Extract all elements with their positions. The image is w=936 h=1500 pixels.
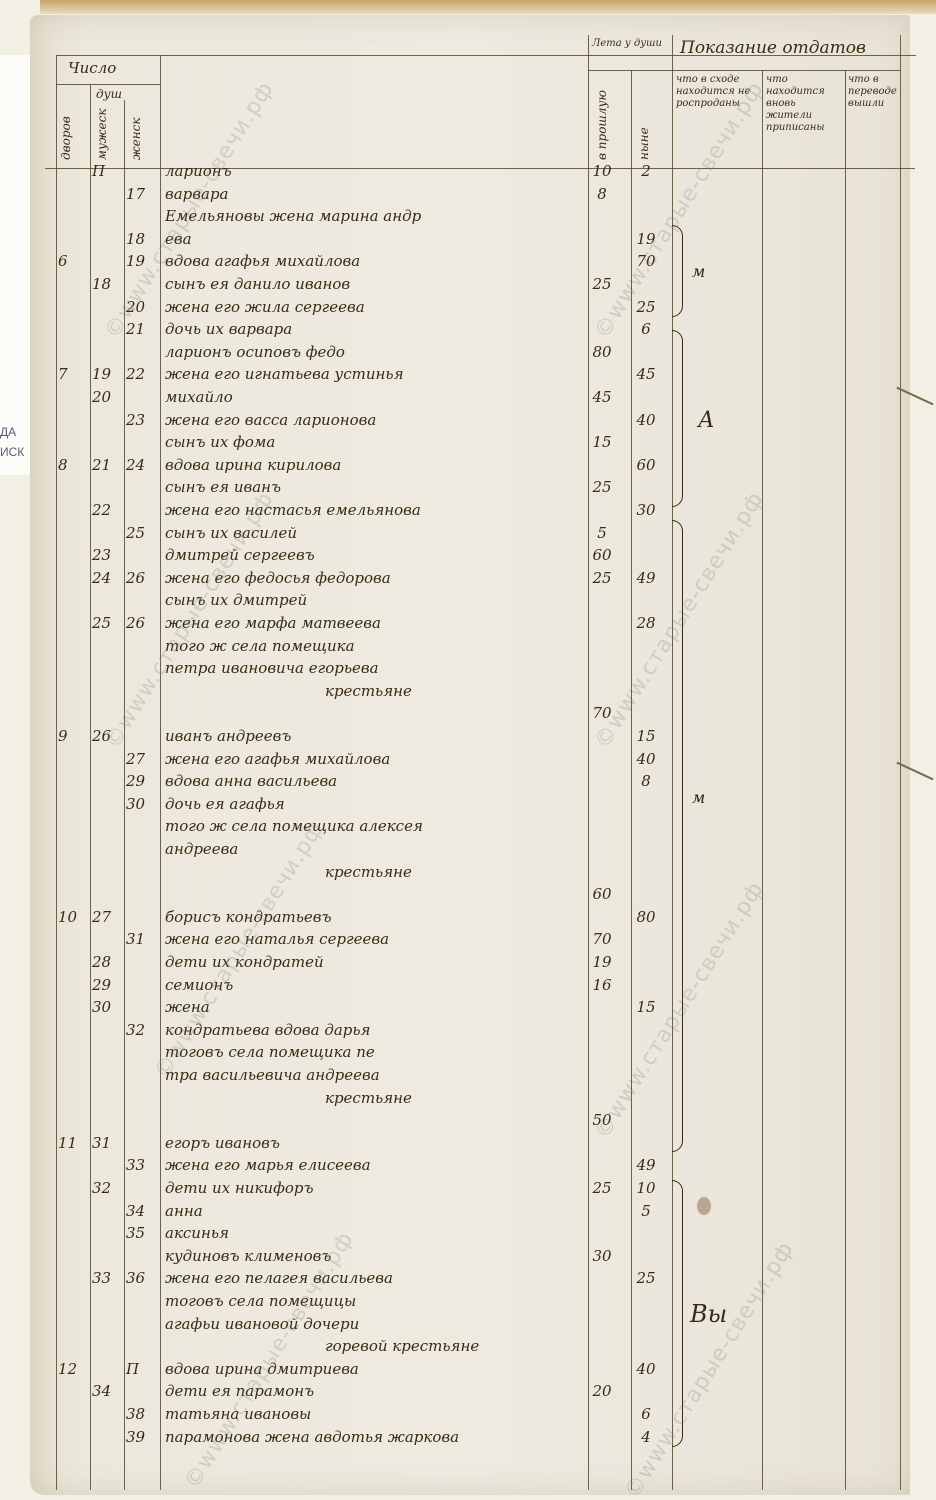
person-entry: анна (165, 1200, 585, 1222)
age-current: 49 (624, 567, 668, 589)
person-entry: вдова ирина кирилова (165, 454, 585, 476)
female-number: 36 (126, 1267, 162, 1289)
person-entry: борисъ кондратьевъ (165, 906, 585, 928)
table-row: 2526жена его марфа матвеева28 (0, 612, 936, 636)
female-number: 26 (126, 612, 162, 634)
margin-note: Вы (690, 1300, 727, 1328)
female-number: 24 (126, 454, 162, 476)
table-row: того ж села помещика (0, 635, 936, 659)
male-number: 19 (92, 363, 124, 385)
table-row: 27жена его агафья михайлова40 (0, 748, 936, 772)
table-row: 32кондратьева вдова дарья (0, 1019, 936, 1043)
female-number: 39 (126, 1426, 162, 1448)
table-row: тоговъ села помещика пе (0, 1041, 936, 1065)
person-entry: жена его настасья емельянова (165, 499, 585, 521)
table-row: ларионъ осиповъ федо80 (0, 341, 936, 365)
person-entry: жена его пелагея васильева (165, 1267, 585, 1289)
age-previous: 20 (582, 1380, 622, 1402)
female-number: 20 (126, 296, 162, 318)
person-entry: ларионъ (165, 160, 585, 182)
person-entry: егоръ ивановъ (165, 1132, 585, 1154)
age-previous: 30 (582, 1245, 622, 1267)
person-entry: жена его жила сергеева (165, 296, 585, 318)
person-entry: дети их кондратей (165, 951, 585, 973)
male-number: 29 (92, 974, 124, 996)
female-number: 22 (126, 363, 162, 385)
household-number: 6 (58, 250, 88, 272)
table-row: 31жена его наталья сергеева70 (0, 928, 936, 952)
age-previous: 25 (582, 273, 622, 295)
male-number: 18 (92, 273, 124, 295)
age-previous: 70 (582, 928, 622, 950)
person-entry: вдова анна васильева (165, 770, 585, 792)
male-number: 20 (92, 386, 124, 408)
table-row: 50 (0, 1109, 936, 1133)
age-previous: 19 (582, 951, 622, 973)
person-entry: жена его федосья федорова (165, 567, 585, 589)
table-row: кудиновъ клименовъ30 (0, 1245, 936, 1269)
female-number: 29 (126, 770, 162, 792)
age-current: 40 (624, 1358, 668, 1380)
female-number: 31 (126, 928, 162, 950)
age-previous: 70 (582, 702, 622, 724)
table-row: 70 (0, 702, 936, 726)
age-current: 10 (624, 1177, 668, 1199)
female-number: 23 (126, 409, 162, 431)
male-number: 21 (92, 454, 124, 476)
male-number: 31 (92, 1132, 124, 1154)
person-entry: жена (165, 996, 585, 1018)
age-current: 80 (624, 906, 668, 928)
person-entry: крестьяне (165, 861, 745, 883)
section-heading-row: горевой крестьяне (0, 1335, 936, 1359)
female-number: 26 (126, 567, 162, 589)
section-heading-row: крестьяне (0, 861, 936, 885)
person-entry: жена его марфа матвеева (165, 612, 585, 634)
age-previous: 45 (582, 386, 622, 408)
person-entry: дочь ея агафья (165, 793, 585, 815)
female-number: 18 (126, 228, 162, 250)
margin-note: А (698, 408, 715, 433)
header-households: дворов (60, 116, 73, 160)
age-current: 40 (624, 748, 668, 770)
person-entry: сынъ ея иванъ (165, 476, 585, 498)
age-current: 5 (624, 1200, 668, 1222)
header-age-group: Лета у души (592, 38, 670, 49)
header-number-group: Число (68, 62, 116, 75)
header-female: женск (130, 117, 143, 160)
header-age-now: ныне (638, 127, 651, 160)
age-current: 30 (624, 499, 668, 521)
brace (672, 520, 683, 1152)
table-row: 38татьяна ивановы6 (0, 1403, 936, 1427)
age-current: 28 (624, 612, 668, 634)
female-number: 21 (126, 318, 162, 340)
table-row: 29семионъ16 (0, 974, 936, 998)
person-entry: петра ивановича егорьева (165, 657, 585, 679)
age-previous: 60 (582, 883, 622, 905)
ink-stain (697, 1197, 711, 1215)
male-number: 34 (92, 1380, 124, 1402)
age-current: 15 (624, 725, 668, 747)
person-entry: сынъ ея данило иванов (165, 273, 585, 295)
female-number: 30 (126, 793, 162, 815)
table-row: тра васильевича андреева (0, 1064, 936, 1088)
table-row: того ж села помещика алексея (0, 815, 936, 839)
brace (672, 225, 683, 317)
age-current: 25 (624, 296, 668, 318)
table-row: 23жена его васса ларионова40 (0, 409, 936, 433)
male-number: 23 (92, 544, 124, 566)
age-previous: 10 (582, 160, 622, 182)
person-entry: дети их никифоръ (165, 1177, 585, 1199)
person-entry: парамонова жена авдотья жаркова (165, 1426, 585, 1448)
person-entry: того ж села помещика (165, 635, 585, 657)
male-number: 27 (92, 906, 124, 928)
table-row: 23дмитрей сергеевъ60 (0, 544, 936, 568)
table-row: 21дочь их варвара6 (0, 318, 936, 342)
age-previous: 16 (582, 974, 622, 996)
table-row: 82124вдова ирина кирилова60 (0, 454, 936, 478)
person-entry: горевой крестьяне (165, 1335, 745, 1357)
table-row: 1131егоръ ивановъ (0, 1132, 936, 1156)
table-row: 33жена его марья елисеева49 (0, 1154, 936, 1178)
header-shown-1: что в сходе находится не роспроданы (676, 74, 760, 110)
female-number: П (126, 1358, 162, 1380)
female-number: 34 (126, 1200, 162, 1222)
table-row: 71922жена его игнатьева устинья45 (0, 363, 936, 387)
person-entry: Емельяновы жена марина андр (165, 205, 585, 227)
table-row: сынъ их дмитрей (0, 589, 936, 613)
age-current: 70 (624, 250, 668, 272)
male-number: 30 (92, 996, 124, 1018)
person-entry: аксинья (165, 1222, 585, 1244)
female-number: 38 (126, 1403, 162, 1425)
male-number: 25 (92, 612, 124, 634)
table-row: 60 (0, 883, 936, 907)
table-row: 619вдова агафья михайлова70 (0, 250, 936, 274)
table-row: петра ивановича егорьева (0, 657, 936, 681)
female-number: 17 (126, 183, 162, 205)
table-row: андреева (0, 838, 936, 862)
table-row: 25сынъ их василей5 (0, 522, 936, 546)
person-entry: вдова агафья михайлова (165, 250, 585, 272)
age-current: 25 (624, 1267, 668, 1289)
table-row: 34анна5 (0, 1200, 936, 1224)
age-current: 19 (624, 228, 668, 250)
age-previous: 5 (582, 522, 622, 544)
table-row: 926иванъ андреевъ15 (0, 725, 936, 749)
person-entry: тоговъ села помещицы (165, 1290, 585, 1312)
age-previous: 25 (582, 567, 622, 589)
female-number: 35 (126, 1222, 162, 1244)
person-entry: сынъ их дмитрей (165, 589, 585, 611)
person-entry: тра васильевича андреева (165, 1064, 585, 1086)
person-entry: крестьяне (165, 1087, 745, 1109)
person-entry: вдова ирина дмитриева (165, 1358, 585, 1380)
table-row: Емельяновы жена марина андр (0, 205, 936, 229)
age-current: 6 (624, 318, 668, 340)
table-row: 1027борисъ кондратьевъ80 (0, 906, 936, 930)
margin-note: м (692, 788, 705, 807)
table-row: 30дочь ея агафья (0, 793, 936, 817)
table-row: 18ева19 (0, 228, 936, 252)
male-number: 32 (92, 1177, 124, 1199)
age-previous: 15 (582, 431, 622, 453)
household-number: 11 (58, 1132, 88, 1154)
household-number: 10 (58, 906, 88, 928)
brace (672, 1180, 683, 1447)
person-entry: ева (165, 228, 585, 250)
male-number: 26 (92, 725, 124, 747)
person-entry: семионъ (165, 974, 585, 996)
male-number: 28 (92, 951, 124, 973)
section-heading-row: крестьяне (0, 1087, 936, 1111)
person-entry: жена его наталья сергеева (165, 928, 585, 950)
household-number: 12 (58, 1358, 88, 1380)
age-current: 15 (624, 996, 668, 1018)
male-number: П (92, 160, 124, 182)
person-entry: крестьяне (165, 680, 745, 702)
header-shown-2: что находится вновь жители приписаны (766, 74, 844, 134)
age-previous: 25 (582, 476, 622, 498)
female-number: 19 (126, 250, 162, 272)
person-entry: ларионъ осиповъ федо (165, 341, 585, 363)
table-row: тоговъ села помещицы (0, 1290, 936, 1314)
age-current: 49 (624, 1154, 668, 1176)
table-row: 22жена его настасья емельянова30 (0, 499, 936, 523)
person-entry: михайло (165, 386, 585, 408)
header-shown-group: Показание отдатов (680, 42, 866, 55)
section-heading-row: крестьяне (0, 680, 936, 704)
person-entry: кудиновъ клименовъ (165, 1245, 585, 1267)
table-row: 30жена15 (0, 996, 936, 1020)
female-number: 33 (126, 1154, 162, 1176)
person-entry: татьяна ивановы (165, 1403, 585, 1425)
age-current: 40 (624, 409, 668, 431)
table-row: Пларионъ102 (0, 160, 936, 184)
age-current: 60 (624, 454, 668, 476)
brace (672, 330, 683, 507)
person-entry: варвара (165, 183, 585, 205)
age-previous: 60 (582, 544, 622, 566)
header-rule (56, 84, 160, 85)
age-previous: 80 (582, 341, 622, 363)
person-entry: жена его марья елисеева (165, 1154, 585, 1176)
header-souls: душ (96, 88, 122, 101)
table-row: 35аксинья (0, 1222, 936, 1246)
person-entry: дочь их варвара (165, 318, 585, 340)
person-entry: кондратьева вдова дарья (165, 1019, 585, 1041)
table-row: 39парамонова жена авдотья жаркова4 (0, 1426, 936, 1450)
age-previous: 8 (582, 183, 622, 205)
table-row: 12Пвдова ирина дмитриева40 (0, 1358, 936, 1382)
person-entry: сынъ их василей (165, 522, 585, 544)
female-number: 32 (126, 1019, 162, 1041)
table-row: сынъ их фома15 (0, 431, 936, 455)
age-current: 45 (624, 363, 668, 385)
table-row: 20михайло45 (0, 386, 936, 410)
table-row: 2426жена его федосья федорова2549 (0, 567, 936, 591)
page-top-edge (40, 0, 936, 14)
table-row: 29вдова анна васильева8 (0, 770, 936, 794)
table-row: агафьи ивановой дочери (0, 1313, 936, 1337)
person-entry: андреева (165, 838, 585, 860)
table-row: 3336жена его пелагея васильева25 (0, 1267, 936, 1291)
age-current: 6 (624, 1403, 668, 1425)
margin-note: м (692, 262, 705, 281)
age-previous: 25 (582, 1177, 622, 1199)
age-current: 2 (624, 160, 668, 182)
table-row: 20жена его жила сергеева25 (0, 296, 936, 320)
header-shown-3: что в переводе вышли (848, 74, 898, 110)
age-current: 4 (624, 1426, 668, 1448)
person-entry: дети ея парамонъ (165, 1380, 585, 1402)
household-number: 8 (58, 454, 88, 476)
person-entry: иванъ андреевъ (165, 725, 585, 747)
person-entry: тоговъ села помещика пе (165, 1041, 585, 1063)
household-number: 7 (58, 363, 88, 385)
male-number: 24 (92, 567, 124, 589)
header-rule (588, 70, 900, 71)
table-row: 28дети их кондратей19 (0, 951, 936, 975)
person-entry: агафьи ивановой дочери (165, 1313, 585, 1335)
table-row: 32дети их никифоръ2510 (0, 1177, 936, 1201)
person-entry: жена его васса ларионова (165, 409, 585, 431)
household-number: 9 (58, 725, 88, 747)
male-number: 22 (92, 499, 124, 521)
header-male: мужеск (96, 108, 109, 160)
person-entry: жена его агафья михайлова (165, 748, 585, 770)
table-row: 18сынъ ея данило иванов25 (0, 273, 936, 297)
person-entry: того ж села помещика алексея (165, 815, 585, 837)
header-age-prev: в прошлую (596, 90, 609, 160)
person-entry: сынъ их фома (165, 431, 585, 453)
male-number: 33 (92, 1267, 124, 1289)
table-row: 17варвара8 (0, 183, 936, 207)
table-row: сынъ ея иванъ25 (0, 476, 936, 500)
age-current: 8 (624, 770, 668, 792)
female-number: 27 (126, 748, 162, 770)
table-row: 34дети ея парамонъ20 (0, 1380, 936, 1404)
age-previous: 50 (582, 1109, 622, 1131)
person-entry: дмитрей сергеевъ (165, 544, 585, 566)
person-entry: жена его игнатьева устинья (165, 363, 585, 385)
female-number: 25 (126, 522, 162, 544)
